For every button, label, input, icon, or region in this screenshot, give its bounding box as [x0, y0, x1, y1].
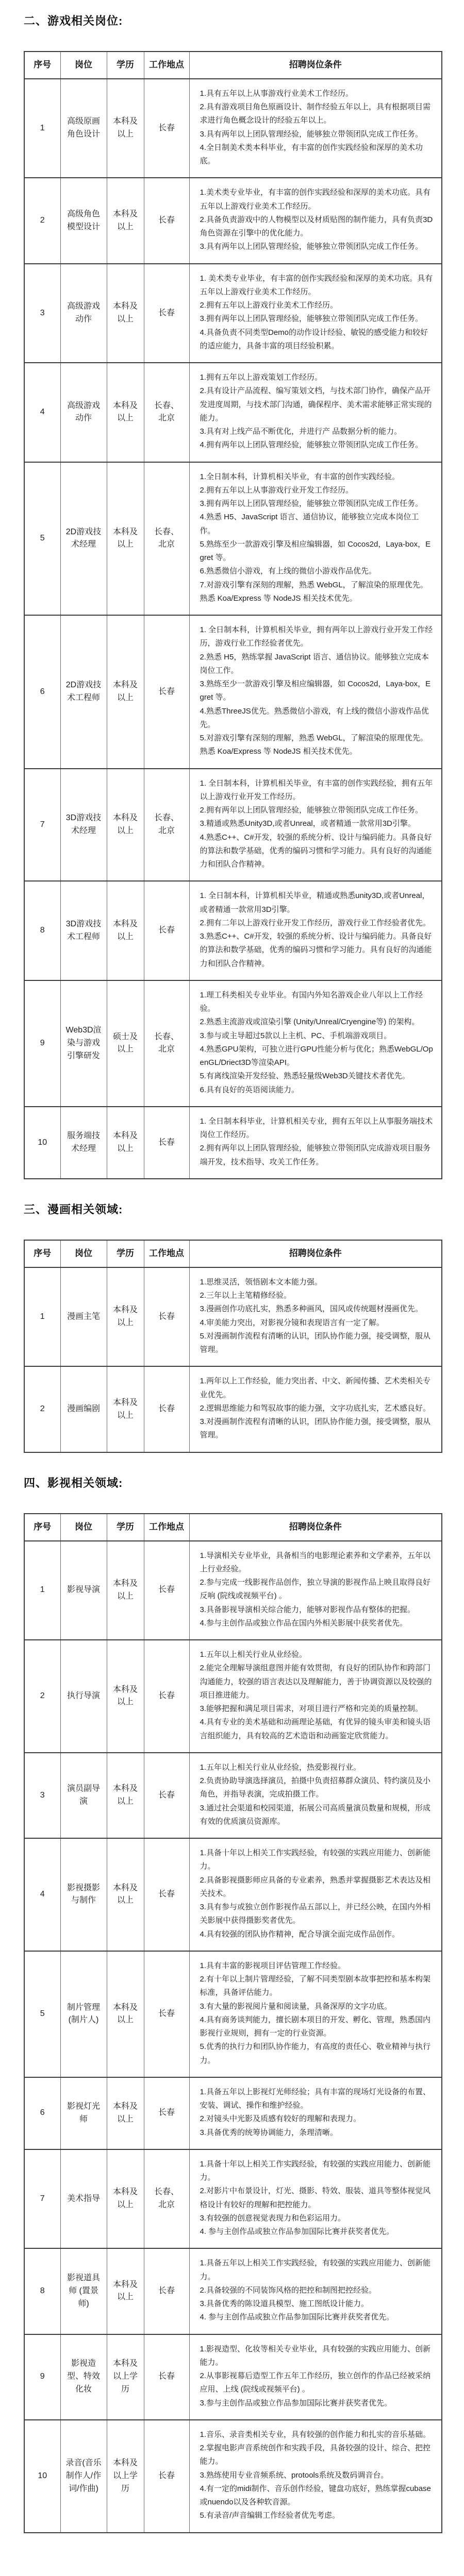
requirement-line: 4.拥有两年以上团队管理经验，能够独立带领团队完成工作任务。	[200, 438, 434, 452]
table-header-row: 序号岗位学历工作地点招聘岗位条件	[24, 1514, 442, 1541]
requirement-line: 1. 全日制本科，计算机相关毕业，有丰富的创作实践经验，拥有五年以上游戏行业开发…	[200, 777, 434, 804]
column-header: 工作地点	[144, 1240, 189, 1267]
jobs-table: 序号岗位学历工作地点招聘岗位条件 1 影视导演 本科及以上 长春 1.导演相关专…	[24, 1513, 442, 2533]
table-row: 1 高级原画角色设计 本科及以上 长春 1.具有五年以上从事游戏行业美术工作经历…	[24, 79, 442, 178]
requirement-line: 2.熟悉主流游戏或渲染引擎 (Unity/Unreal/Cryengine等) …	[200, 1015, 434, 1029]
table-row: 2 高级角色模型设计 本科及以上 长春 1.美术类专业毕业，有丰富的创作实践经验…	[24, 178, 442, 263]
cell-location: 长春	[158, 1690, 175, 1703]
table-row: 6 2D游戏技术工程师 本科及以上 长春 1. 全日制本科，计算机相关毕业，拥有…	[24, 615, 442, 769]
cell-requirements: 1.全日制本科，计算机相关毕业，有丰富的创作实践经验。2.拥有五年以上从事游戏行…	[189, 462, 442, 616]
cell-education: 本科及以上	[112, 918, 139, 944]
cell-location: 长春	[158, 686, 175, 699]
requirement-line: 4. 参与主创作品或独立作品参加国际比赛并获奖者优先。	[200, 2311, 434, 2324]
cell-position: 3D游戏技术工程师	[64, 918, 103, 944]
table-row: 9 影视造型、特效化妆 本科及以上学历 长春 1.影视造型、化妆等相关专业毕业，…	[24, 2334, 442, 2420]
column-header: 岗位	[60, 1240, 107, 1267]
table-row: 8 影视道具师 (置景师) 本科及以上 长春 1.具备五年以上相关工作实践经验，…	[24, 2248, 442, 2334]
cell-position: Web3D渲染与游戏引擎研发	[64, 1024, 103, 1062]
table-row: 8 3D游戏技术工程师 本科及以上 长春 1. 全日制本科，计算机相关毕业，精通…	[24, 881, 442, 980]
requirement-line: 1.具备五年以上相关工作实践经验，有较强的实践应用能力、创新能力。	[200, 2257, 434, 2284]
requirement-line: 4.具有较强的团队协作精神，配合导演全面完成作品创作。	[200, 1928, 434, 1941]
column-header: 序号	[24, 1240, 60, 1267]
cell-education: 本科及以上	[112, 679, 139, 705]
cell-requirements: 1.五年以上相关行业从业经验。2.能完全理解导演组意图并能有效贯彻，有良好的团队…	[189, 1640, 442, 1753]
requirement-line: 2.能完全理解导演组意图并能有效贯彻，有良好的团队协作和跨部门沟通能力，较强的语…	[200, 1662, 434, 1702]
table-body: 1 高级原画角色设计 本科及以上 长春 1.具有五年以上从事游戏行业美术工作经历…	[24, 79, 442, 1179]
cell-position: 高级角色模型设计	[64, 208, 103, 234]
column-header: 招聘岗位条件	[189, 1514, 442, 1541]
cell-position: 录音(音乐制作人/作词/作曲)	[64, 2457, 103, 2495]
requirement-line: 1.具有五年以上从事游戏行业美术工作经历。	[200, 87, 434, 100]
requirement-line: 2.逻辑思维能力和驾驭故事的能力强，文字功底扎实，艺术感良好。	[200, 1402, 434, 1415]
requirement-line: 2.对镜头中光影及质感有较好的理解和表现力。	[200, 2112, 434, 2126]
table-row: 10 录音(音乐制作人/作词/作曲) 本科及以上学历 长春 1.音乐、录音类相关…	[24, 2420, 442, 2533]
requirement-line: 7.对游戏引擎有深刻的理解，熟悉 WebGL，了解渲染的原理优先。熟悉 Koa/…	[200, 579, 434, 606]
requirement-line: 4.具有商务谈判能力，擅长剧本项目的开发、孵化、管理，熟悉国内影视行业规则，拥有…	[200, 2013, 434, 2041]
requirement-line: 6.熟悉微信小游戏，有上线的微信小游戏作品优先。	[200, 565, 434, 578]
cell-location: 长春	[158, 1311, 175, 1324]
cell-education: 本科及以上	[112, 2002, 139, 2027]
requirement-line: 3.熟练使用专业音频系统、protools系统及数码调音台。	[200, 2469, 434, 2482]
requirement-line: 5.有离线渲染开发经验、熟悉轻量级Web3D关键技术者优先。	[200, 1070, 434, 1083]
cell-location: 长春	[158, 1403, 175, 1416]
requirement-line: 3.通过社会渠道和校园渠道，拓展公司高质量演员数量和规模，形成有效的优质演员资源…	[200, 1802, 434, 1829]
table-row: 1 漫画主笔 本科及以上 长春 1.思维灵活，领悟剧本文本能力强。2.三年以上主…	[24, 1267, 442, 1367]
cell-requirements: 1.理工科类相关专业毕业。有国内外知名游戏企业八年以上工作经验。2.熟悉主流游戏…	[189, 980, 442, 1107]
section-title: 三、漫画相关领域:	[24, 1201, 441, 1217]
requirement-line: 2.具备负责游戏中的人物模型以及材质贴图的制作能力，具有负责3D角色资源在引擎中…	[200, 213, 434, 241]
requirement-line: 2.掌握电影声音系统创作和实践手段，具备较强的设计、综合、把控能力。	[200, 2442, 434, 2469]
cell-position: 服务端技术经理	[64, 1130, 103, 1156]
document-page: 二、游戏相关岗位: 序号岗位学历工作地点招聘岗位条件 1 高级原画角色设计 本科…	[0, 0, 464, 2554]
cell-requirements: 1. 美术类专业毕业，有丰富的创作实践经验和深厚的美术功底。具有五年以上游戏行业…	[189, 264, 442, 363]
requirement-line: 2.有十年以上制片管理经验，了解不同类型剧本故事把控和基本构架标准，具备评估能力…	[200, 1973, 434, 2000]
requirement-line: 4.熟悉C++、C#开发，较强的系统分析、设计与编码能力。具备良好的算法和数学基…	[200, 831, 434, 872]
requirement-line: 5.对漫画制作流程有清晰的认识，团队协作能力强，接受调整，服从管理。	[200, 1330, 434, 1357]
cell-requirements: 1. 全日制本科，计算机相关毕业，精通或熟悉unity3D,或者Unreal，或…	[189, 881, 442, 980]
cell-position: 2D游戏技术经理	[64, 526, 103, 552]
requirement-line: 2.从事影视幕后造型工作五年工作经历，独立创作的作品已经被采纳应用、上线 (院线…	[200, 2369, 434, 2397]
requirement-line: 5.有录音/声音编辑工作经验者优先考虑。	[200, 2509, 434, 2522]
requirement-line: 2.拥有五年以上从事游戏行业开发工作经历。	[200, 484, 434, 497]
cell-position: 3D游戏技术经理	[64, 812, 103, 838]
cell-position: 制片管理(制片人)	[64, 2002, 103, 2027]
requirement-line: 4.具备负责不同类型Demo的动作设计经验、敏锐的感受能力和较好的适应能力，具备…	[200, 326, 434, 353]
cell-requirements: 1.拥有五年以上游戏策划工作经历。2.具有设计产品流程、编写策划文档，与技术部门…	[189, 363, 442, 462]
cell-no: 10	[38, 1137, 47, 1149]
section-title: 二、游戏相关岗位:	[24, 12, 441, 28]
cell-no: 5	[40, 2008, 45, 2021]
cell-requirements: 1. 全日制本科，计算机相关毕业，有丰富的创作实践经验，拥有五年以上游戏行业开发…	[189, 769, 442, 882]
requirement-line: 4.熟悉ThreeJS优先。熟悉微信小游戏，有上线的微信小游戏作品优先。	[200, 705, 434, 732]
cell-location: 长春	[158, 2107, 175, 2120]
requirement-line: 3.具备影视导演相关综合能力，能够对影视作品有整体的把握。	[200, 1603, 434, 1617]
requirement-line: 1. 全日制本科，计算机相关毕业，拥有两年以上游戏行业开发工作经历，游戏行业工作…	[200, 623, 434, 651]
cell-no: 1	[40, 1584, 45, 1597]
jobs-table: 序号岗位学历工作地点招聘岗位条件 1 漫画主笔 本科及以上 长春 1.思维灵活，…	[24, 1240, 442, 1453]
column-header: 岗位	[60, 52, 107, 79]
column-header: 序号	[24, 1514, 60, 1541]
cell-requirements: 1.五年以上相关行业从业经验，热爱影视行业。2.负责协助导演选择演员，拍摄中负责…	[189, 1753, 442, 1838]
requirement-line: 1.理工科类相关专业毕业。有国内外知名游戏企业八年以上工作经验。	[200, 989, 434, 1016]
requirement-line: 1.具备五年以上影视灯光师经验；具有丰富的现场灯光设备的布置、安装、调试、操作和…	[200, 2086, 434, 2113]
requirement-line: 6.具有良好的英语阅读能力。	[200, 1083, 434, 1097]
requirement-line: 4.参与主创作品或独立作品在国内外相关影展中获奖者优先。	[200, 1617, 434, 1630]
cell-location: 长春、北京	[153, 1031, 180, 1057]
cell-location: 长春、北京	[153, 812, 180, 838]
requirement-line: 1.影视造型、化妆等相关专业毕业，具有较强的实践应用能力、创新能力。	[200, 2343, 434, 2370]
requirement-line: 2.熟悉 H5，熟练掌握 JavaScript 语言、通信协议。能够独立完成本岗…	[200, 651, 434, 678]
cell-location: 长春	[158, 2008, 175, 2021]
requirement-line: 1.具有丰富的影视项目评估管理工作经验。	[200, 1959, 434, 1973]
cell-no: 5	[40, 532, 45, 545]
requirement-line: 1.具备十年以上相关工作实践经验，有较强的实践应用能力、创新能力。	[200, 1846, 434, 1874]
cell-no: 2	[40, 214, 45, 227]
requirement-line: 4. 参与主创作品或独立作品参加国际比赛并获奖者优先。	[200, 2225, 434, 2239]
requirement-line: 4.熟悉GPU架构，可独立进行GPU性能分析与优化；熟悉WebGL/OpenGL…	[200, 1043, 434, 1070]
jobs-table: 序号岗位学历工作地点招聘岗位条件 1 高级原画角色设计 本科及以上 长春 1.具…	[24, 51, 442, 1179]
cell-location: 长春	[158, 1789, 175, 1802]
requirement-line: 5.对游戏引擎有深刻的理解，熟悉 WebGL，了解渲染的原理优先。熟悉 Koa/…	[200, 732, 434, 759]
cell-education: 本科及以上	[112, 526, 139, 552]
table-row: 3 演员副导演 本科及以上 长春 1.五年以上相关行业从业经验，热爱影视行业。2…	[24, 1753, 442, 1838]
requirement-line: 4.有一定的midi制作、音乐创作经验，键盘功底好，熟练掌握cubase或nue…	[200, 2482, 434, 2510]
requirement-line: 1.五年以上相关行业从业经验。	[200, 1648, 434, 1662]
requirement-line: 4.全日制美术类本科毕业，有丰富的创作实践经验和深厚的美术功底。	[200, 141, 434, 168]
cell-requirements: 1.音乐、录音类相关专业，具有较强的创作能力和扎实的音乐基础。2.掌握电影声音系…	[189, 2420, 442, 2533]
cell-position: 执行导演	[67, 1690, 100, 1703]
requirement-line: 3.有大量的影视阅片量和阅读量，具备深厚的文字功底。	[200, 2000, 434, 2013]
cell-requirements: 1.具备十年以上相关工作实践经验，有较强的实践应用能力、创新能力。2.对影片中布…	[189, 2149, 442, 2249]
requirement-line: 1.两年以上工作经验，能力突出者、中文、新闻传播、艺术类相关专业优先。	[200, 1375, 434, 1402]
cell-no: 4	[40, 406, 45, 419]
cell-requirements: 1.具有五年以上从事游戏行业美术工作经历。2.具有游戏项目角色原画设计、制作经验…	[189, 79, 442, 178]
requirement-line: 5.优秀的执行力和团队协作能力，有高度的责任心、敬业精神与执行力。	[200, 2040, 434, 2067]
requirement-line: 2.对影片中布景设计，灯光、摄影、特效、服装、道具等整体视觉风格设计有较好的理解…	[200, 2184, 434, 2212]
cell-location: 长春	[158, 122, 175, 135]
cell-no: 2	[40, 1690, 45, 1703]
requirement-line: 3.具有两年以上团队管理经验，能够独立带领团队完成工作任务。	[200, 240, 434, 253]
requirement-line: 4.熟悉 H5、JavaScript 语言、通信协议，能够独立完成本岗位工作。	[200, 511, 434, 538]
requirement-line: 3.熟练至少一款游戏引擎及相应编辑器，如 Cocos2d，Laya-box，Eg…	[200, 677, 434, 705]
requirement-line: 3.参与主创作品或独立作品参加国际比赛并获奖者优先。	[200, 2397, 434, 2410]
cell-requirements: 1.美术类专业毕业，有丰富的创作实践经验和深厚的美术功底。具有五年以上游戏行业美…	[189, 178, 442, 263]
cell-no: 9	[40, 2370, 45, 2383]
cell-no: 6	[40, 686, 45, 699]
column-header: 学历	[107, 52, 144, 79]
cell-education: 本科及以上	[112, 208, 139, 234]
cell-position: 美术指导	[67, 2193, 100, 2206]
cell-no: 6	[40, 2107, 45, 2120]
requirement-line: 1.导演相关专业毕业，具备相当的电影理论素养和文学素养，五年以上行业经验。	[200, 1549, 434, 1577]
cell-location: 长春	[158, 1584, 175, 1597]
requirement-line: 3.具有参与或独立创作影视作品五部以上，并已经公映，在国内外相关影展中获得摄影奖…	[200, 1901, 434, 1928]
cell-position: 高级原画角色设计	[64, 115, 103, 141]
cell-requirements: 1.导演相关专业毕业，具备相当的电影理论素养和文学素养，五年以上行业经验。2.参…	[189, 1541, 442, 1640]
cell-location: 长春	[158, 1888, 175, 1901]
cell-education: 本科及以上	[112, 1130, 139, 1156]
cell-no: 3	[40, 307, 45, 320]
requirement-line: 2.拥有两年以上团队管理经验，能够独立带领团队完成游戏项目服务端开发，技术指导、…	[200, 1142, 434, 1169]
cell-requirements: 1.两年以上工作经验，能力突出者、中文、新闻传播、艺术类相关专业优先。2.逻辑思…	[189, 1366, 442, 1452]
cell-education: 本科及以上	[112, 1783, 139, 1808]
cell-education: 本科及以上	[112, 2279, 139, 2304]
cell-requirements: 1. 全日制本科，计算机相关毕业，拥有两年以上游戏行业开发工作经历，游戏行业工作…	[189, 615, 442, 769]
requirement-line: 4.具有专业的美术基础和动画理论基础，有优异的镜头审美和镜头语言组织能力，具有较…	[200, 1716, 434, 1743]
section-title: 四、影视相关领域:	[24, 1475, 441, 1490]
cell-location: 长春	[158, 2370, 175, 2383]
cell-location: 长春	[158, 307, 175, 320]
table-header-row: 序号岗位学历工作地点招聘岗位条件	[24, 52, 442, 79]
column-header: 工作地点	[144, 52, 189, 79]
table-row: 6 影视灯光师 本科及以上 长春 1.具备五年以上影视灯光师经验；具有丰富的现场…	[24, 2077, 442, 2149]
cell-no: 7	[40, 819, 45, 832]
cell-position: 漫画编剧	[67, 1403, 100, 1416]
cell-no: 7	[40, 2193, 45, 2206]
requirement-line: 2.具备较强的不同装饰风格的把控和制图把控经验。	[200, 2284, 434, 2297]
requirement-line: 5.熟练至少一款游戏引擎及相应编辑器，如 Cocos2d，Laya-box，Eg…	[200, 538, 434, 565]
cell-position: 影视道具师 (置景师)	[64, 2272, 103, 2310]
cell-position: 影视摄影与制作	[64, 1882, 103, 1908]
requirement-line: 1.拥有五年以上游戏策划工作经历。	[200, 371, 434, 384]
requirement-line: 3.具备优秀的陈设道具模型、施工图纸设计能力。	[200, 2297, 434, 2311]
column-header: 招聘岗位条件	[189, 1240, 442, 1267]
cell-position: 2D游戏技术工程师	[64, 679, 103, 705]
requirement-line: 3.参与或主导超过5款以上主机、PC、手机端游戏项目。	[200, 1029, 434, 1043]
cell-education: 本科及以上	[112, 400, 139, 426]
column-header: 学历	[107, 1240, 144, 1267]
table-row: 4 影视摄影与制作 本科及以上 长春 1.具备十年以上相关工作实践经验，有较强的…	[24, 1838, 442, 1951]
table-row: 7 3D游戏技术经理 本科及以上 长春、北京 1. 全日制本科，计算机相关毕业，…	[24, 769, 442, 882]
cell-no: 8	[40, 924, 45, 937]
column-header: 岗位	[60, 1514, 107, 1541]
cell-position: 影视灯光师	[64, 2100, 103, 2126]
cell-education: 本科及以上	[112, 1397, 139, 1422]
requirement-line: 2.参与完成一线影视作品创作，独立导演的影视作品上映且取得良好反响 (院线或视频…	[200, 1576, 434, 1603]
requirement-line: 3.漫画创作功底扎实，熟悉多种画风，国风或传统题材漫画优先。	[200, 1302, 434, 1316]
requirement-line: 2.负责协助导演选择演员，拍摄中负责招募群众演员、特约演员及小角色，并指导表演，…	[200, 1774, 434, 1802]
requirement-line: 3.精通或熟悉Unity3D,或者Unreal，或者精通一款常用3D引擎。	[200, 817, 434, 831]
column-header: 工作地点	[144, 1514, 189, 1541]
cell-education: 本科及以上学历	[112, 2358, 139, 2396]
requirement-line: 3.具有对上线产品不断优化，并进行产 品数据分析的能力。	[200, 425, 434, 438]
requirement-line: 3.拥有两年以上团队管理经验，能够独立带领团队完成工作任务。	[200, 497, 434, 511]
requirement-line: 1.思维灵活，领悟剧本文本能力强。	[200, 1276, 434, 1289]
table-header-row: 序号岗位学历工作地点招聘岗位条件	[24, 1240, 442, 1267]
column-header: 学历	[107, 1514, 144, 1541]
cell-location: 长春	[158, 2470, 175, 2483]
cell-location: 长春、北京	[153, 2186, 180, 2212]
cell-education: 本科及以上	[112, 115, 139, 141]
cell-no: 10	[38, 2470, 47, 2483]
table-row: 10 服务端技术经理 本科及以上 长春 1. 全日制本科毕业，计算机相关专业，拥…	[24, 1107, 442, 1179]
cell-location: 长春、北京	[153, 400, 180, 426]
cell-no: 9	[40, 1037, 45, 1050]
cell-position: 影视导演	[67, 1584, 100, 1597]
requirement-line: 3.对漫画制作流程有清晰的认识，团队协作能力强，接受调整，服从管理。	[200, 1415, 434, 1443]
requirement-line: 2.具有设计产品流程、编写策划文档，与技术部门协作，确保产品开发进度周期，与技术…	[200, 384, 434, 425]
requirement-line: 1.美术类专业毕业，有丰富的创作实践经验和深厚的美术功底。具有五年以上游戏行业美…	[200, 186, 434, 213]
requirement-line: 3.拥有两年以上团队管理经验，能够独立带领团队完成工作任务。	[200, 312, 434, 326]
cell-no: 2	[40, 1403, 45, 1416]
requirement-line: 3.熟悉C++、C#开发，较强的系统分析、设计与编码能力。具备良好的算法和数学基…	[200, 930, 434, 971]
table-body: 1 漫画主笔 本科及以上 长春 1.思维灵活，领悟剧本文本能力强。2.三年以上主…	[24, 1267, 442, 1452]
requirement-line: 2.具备影视摄影师应具备的专业素养，熟悉并掌握摄影艺术表达及相关技术。	[200, 1874, 434, 1901]
requirement-line: 1. 全日制本科毕业，计算机相关专业，拥有五年以上从事服务端技术岗位工作经历。	[200, 1115, 434, 1142]
cell-education: 本科及以上	[112, 300, 139, 326]
cell-no: 3	[40, 1789, 45, 1802]
cell-position: 影视造型、特效化妆	[64, 2358, 103, 2396]
cell-location: 长春	[158, 214, 175, 227]
table-body: 1 影视导演 本科及以上 长春 1.导演相关专业毕业，具备相当的电影理论素养和文…	[24, 1541, 442, 2533]
requirement-line: 2.拥有两年以上团队管理经验，能够独立带领团队完成工作任务。	[200, 804, 434, 817]
column-header: 招聘岗位条件	[189, 52, 442, 79]
requirement-line: 3.有较强的创意视觉表现力和色彩运用力。	[200, 2212, 434, 2225]
cell-education: 本科及以上	[112, 1304, 139, 1330]
cell-position: 高级游戏动作	[64, 300, 103, 326]
table-row: 2 漫画编剧 本科及以上 长春 1.两年以上工作经验，能力突出者、中文、新闻传播…	[24, 1366, 442, 1452]
table-row: 5 制片管理(制片人) 本科及以上 长春 1.具有丰富的影视项目评估管理工作经验…	[24, 1951, 442, 2077]
requirement-line: 3.能够把握和满足项目需求，对项目进行严格和完美的质量控制。	[200, 1702, 434, 1716]
requirement-line: 1.音乐、录音类相关专业，具有较强的创作能力和扎实的音乐基础。	[200, 2428, 434, 2442]
requirement-line: 3.具有两年以上团队管理经验，能够独立带领团队完成工作任务。	[200, 128, 434, 141]
requirement-line: 2.拥有五年以上游戏行业美术工作经历。	[200, 299, 434, 312]
cell-requirements: 1. 全日制本科毕业，计算机相关专业，拥有五年以上从事服务端技术岗位工作经历。2…	[189, 1107, 442, 1179]
cell-education: 本科及以上	[112, 1882, 139, 1908]
cell-no: 1	[40, 1311, 45, 1324]
cell-education: 本科及以上	[112, 2100, 139, 2126]
cell-requirements: 1.影视造型、化妆等相关专业毕业，具有较强的实践应用能力、创新能力。2.从事影视…	[189, 2334, 442, 2420]
cell-education: 本科及以上学历	[112, 2457, 139, 2495]
table-row: 1 影视导演 本科及以上 长春 1.导演相关专业毕业，具备相当的电影理论素养和文…	[24, 1541, 442, 1640]
table-row: 2 执行导演 本科及以上 长春 1.五年以上相关行业从业经验。2.能完全理解导演…	[24, 1640, 442, 1753]
table-row: 9 Web3D渲染与游戏引擎研发 硕士及以上 长春、北京 1.理工科类相关专业毕…	[24, 980, 442, 1107]
cell-requirements: 1.思维灵活，领悟剧本文本能力强。2.三年以上主笔精修经验。3.漫画创作功底扎实…	[189, 1267, 442, 1367]
requirement-line: 1.五年以上相关行业从业经验，热爱影视行业。	[200, 1761, 434, 1774]
table-row: 4 高级游戏动作 本科及以上 长春、北京 1.拥有五年以上游戏策划工作经历。2.…	[24, 363, 442, 462]
cell-requirements: 1.具备五年以上影视灯光师经验；具有丰富的现场灯光设备的布置、安装、调试、操作和…	[189, 2077, 442, 2149]
cell-requirements: 1.具备五年以上相关工作实践经验，有较强的实践应用能力、创新能力。2.具备较强的…	[189, 2248, 442, 2334]
cell-location: 长春	[158, 924, 175, 937]
job-section: 二、游戏相关岗位: 序号岗位学历工作地点招聘岗位条件 1 高级原画角色设计 本科…	[24, 12, 441, 1179]
cell-education: 本科及以上	[112, 2186, 139, 2212]
requirement-line: 1.具备十年以上相关工作实践经验，有较强的实践应用能力、创新能力。	[200, 2158, 434, 2185]
requirement-line: 2.拥有二年以上游戏行业开发工作经历，游戏行业工作经验者优先。	[200, 917, 434, 930]
job-section: 三、漫画相关领域: 序号岗位学历工作地点招聘岗位条件 1 漫画主笔 本科及以上 …	[24, 1201, 441, 1453]
cell-education: 本科及以上	[112, 812, 139, 838]
cell-position: 高级游戏动作	[64, 400, 103, 426]
cell-no: 4	[40, 1888, 45, 1901]
cell-education: 硕士及以上	[112, 1031, 139, 1057]
column-header: 序号	[24, 52, 60, 79]
requirement-line: 4.审美能力突出，对影视分镜和表现语言有一定了解。	[200, 1316, 434, 1330]
cell-location: 长春	[158, 2285, 175, 2298]
requirement-line: 3.具备优秀的统筹协调能力，条理清晰。	[200, 2126, 434, 2140]
cell-position: 漫画主笔	[67, 1311, 100, 1324]
cell-position: 演员副导演	[64, 1783, 103, 1808]
cell-location: 长春	[158, 1137, 175, 1149]
requirement-line: 1. 美术类专业毕业，有丰富的创作实践经验和深厚的美术功底。具有五年以上游戏行业…	[200, 272, 434, 299]
requirement-line: 1.全日制本科，计算机相关毕业，有丰富的创作实践经验。	[200, 470, 434, 484]
table-row: 7 美术指导 本科及以上 长春、北京 1.具备十年以上相关工作实践经验，有较强的…	[24, 2149, 442, 2249]
cell-education: 本科及以上	[112, 1684, 139, 1709]
requirement-line: 1. 全日制本科，计算机相关毕业，精通或熟悉unity3D,或者Unreal，或…	[200, 889, 434, 917]
table-row: 5 2D游戏技术经理 本科及以上 长春、北京 1.全日制本科，计算机相关毕业，有…	[24, 462, 442, 616]
cell-requirements: 1.具备十年以上相关工作实践经验，有较强的实践应用能力、创新能力。2.具备影视摄…	[189, 1838, 442, 1951]
requirement-line: 2.三年以上主笔精修经验。	[200, 1289, 434, 1302]
job-section: 四、影视相关领域: 序号岗位学历工作地点招聘岗位条件 1 影视导演 本科及以上 …	[24, 1475, 441, 2533]
table-row: 3 高级游戏动作 本科及以上 长春 1. 美术类专业毕业，有丰富的创作实践经验和…	[24, 264, 442, 363]
cell-education: 本科及以上	[112, 1578, 139, 1603]
cell-no: 8	[40, 2285, 45, 2298]
cell-requirements: 1.具有丰富的影视项目评估管理工作经验。2.有十年以上制片管理经验，了解不同类型…	[189, 1951, 442, 2077]
requirement-line: 2.具有游戏项目角色原画设计、制作经验五年以上，具有根据项目需求进行角色概念设计…	[200, 100, 434, 128]
cell-no: 1	[40, 122, 45, 135]
cell-location: 长春、北京	[153, 526, 180, 552]
